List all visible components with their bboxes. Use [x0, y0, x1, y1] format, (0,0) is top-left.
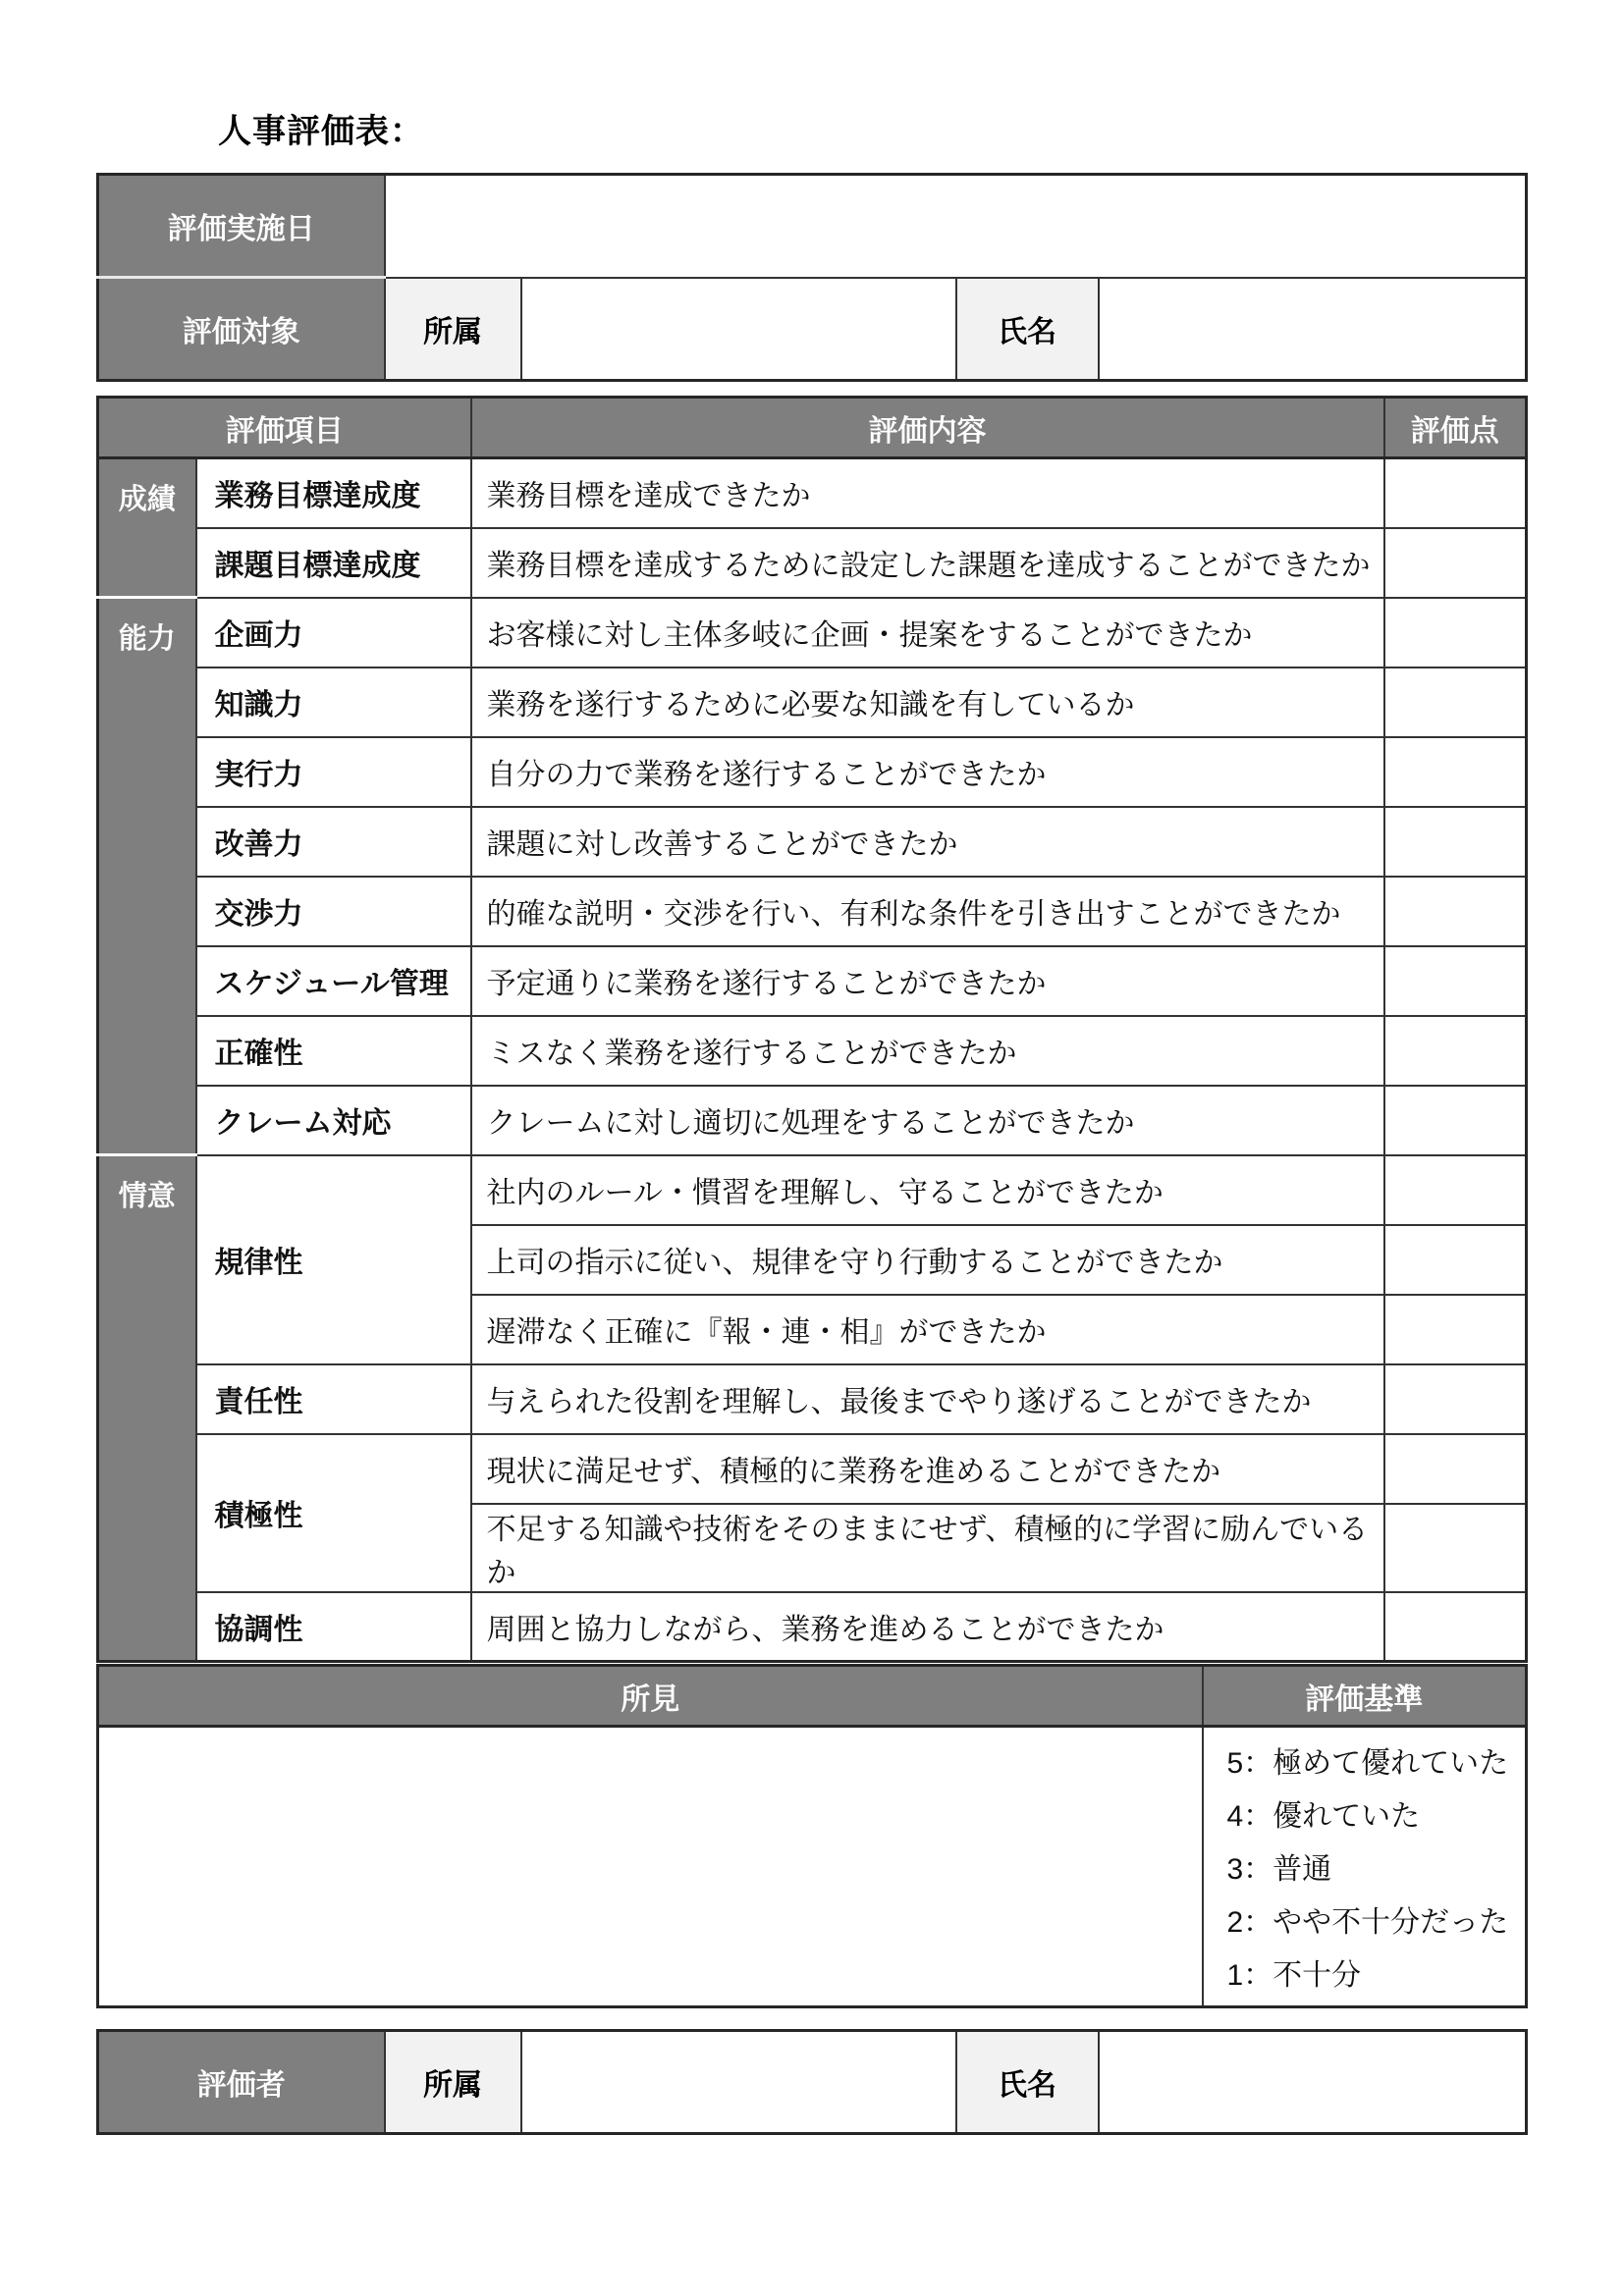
content-cell: 業務目標を達成するために設定した課題を達成することができたか [471, 528, 1384, 598]
item-cell: 規律性 [196, 1155, 471, 1364]
evaluation-table: 評価項目 評価内容 評価点 成績 業務目標達成度 業務目標を達成できたか 課題目… [96, 396, 1528, 1663]
target-dept-label-cell: 所属 [385, 278, 521, 381]
content-cell: クレームに対し適切に処理をすることができたか [471, 1086, 1384, 1155]
item-cell: 課題目標達成度 [196, 528, 471, 598]
score-cell[interactable] [1384, 737, 1527, 807]
content-cell: 上司の指示に従い、規律を守り行動することができたか [471, 1225, 1384, 1295]
category-cell-joui: 情意 [98, 1155, 196, 1662]
criteria-item: 3：普通 [1227, 1843, 1526, 1896]
content-cell: 周囲と協力しながら、業務を進めることができたか [471, 1592, 1384, 1662]
item-cell: 改善力 [196, 807, 471, 877]
criteria-item: 5：極めて優れていた [1227, 1737, 1526, 1790]
item-cell: 知識力 [196, 667, 471, 737]
score-cell[interactable] [1384, 807, 1527, 877]
target-name-value-cell[interactable] [1099, 278, 1527, 381]
remarks-table: 所見 評価基準 5：極めて優れていた 4：優れていた 3：普通 2：やや不十分だ… [96, 1664, 1528, 2008]
item-cell: 交渉力 [196, 877, 471, 946]
score-cell[interactable] [1384, 458, 1527, 528]
criteria-header: 評価基準 [1203, 1666, 1527, 1727]
score-cell[interactable] [1384, 1016, 1527, 1086]
score-cell[interactable] [1384, 1155, 1527, 1225]
content-cell: 不足する知識や技術をそのままにせず、積極的に学習に励んでいるか [471, 1504, 1384, 1592]
criteria-item: 2：やや不十分だった [1227, 1896, 1526, 1949]
item-cell: クレーム対応 [196, 1086, 471, 1155]
score-cell[interactable] [1384, 1225, 1527, 1295]
item-cell: 協調性 [196, 1592, 471, 1662]
score-cell[interactable] [1384, 528, 1527, 598]
header-score: 評価点 [1384, 398, 1527, 458]
criteria-list-cell: 5：極めて優れていた 4：優れていた 3：普通 2：やや不十分だった 1：不十分 [1203, 1727, 1527, 2007]
header-item: 評価項目 [98, 398, 471, 458]
score-cell[interactable] [1384, 1592, 1527, 1662]
page: 人事評価表： 評価実施日 評価対象 所属 氏名 評価項目 評価内容 評価点 [0, 0, 1624, 2296]
remarks-input-cell[interactable] [98, 1727, 1203, 2007]
item-cell: 正確性 [196, 1016, 471, 1086]
item-cell: 業務目標達成度 [196, 458, 471, 528]
remarks-header: 所見 [98, 1666, 1203, 1727]
content-cell: ミスなく業務を遂行することができたか [471, 1016, 1384, 1086]
category-cell-nouryoku: 能力 [98, 598, 196, 1155]
target-name-label-cell: 氏名 [956, 278, 1099, 381]
content-cell: 現状に満足せず、積極的に業務を進めることができたか [471, 1434, 1384, 1504]
info-table: 評価実施日 評価対象 所属 氏名 [96, 173, 1528, 382]
criteria-item: 4：優れていた [1227, 1790, 1526, 1843]
score-cell[interactable] [1384, 1504, 1527, 1592]
evaluator-name-value-cell[interactable] [1099, 2031, 1527, 2134]
criteria-list: 5：極めて優れていた 4：優れていた 3：普通 2：やや不十分だった 1：不十分 [1204, 1728, 1526, 2002]
eval-target-label-cell: 評価対象 [98, 278, 385, 381]
item-cell: 実行力 [196, 737, 471, 807]
content-cell: 遅滞なく正確に『報・連・相』ができたか [471, 1295, 1384, 1364]
criteria-item: 1：不十分 [1227, 1949, 1526, 2002]
category-cell-seiseki: 成績 [98, 458, 196, 598]
score-cell[interactable] [1384, 1364, 1527, 1434]
item-cell: 責任性 [196, 1364, 471, 1434]
score-cell[interactable] [1384, 877, 1527, 946]
target-dept-value-cell[interactable] [521, 278, 956, 381]
evaluator-table: 評価者 所属 氏名 [96, 2029, 1528, 2135]
score-cell[interactable] [1384, 946, 1527, 1016]
item-cell: 企画力 [196, 598, 471, 667]
content-cell: お客様に対し主体多岐に企画・提案をすることができたか [471, 598, 1384, 667]
content-cell: 社内のルール・慣習を理解し、守ることができたか [471, 1155, 1384, 1225]
content-cell: 与えられた役割を理解し、最後までやり遂げることができたか [471, 1364, 1384, 1434]
header-content: 評価内容 [471, 398, 1384, 458]
content-cell: 業務目標を達成できたか [471, 458, 1384, 528]
item-cell: スケジュール管理 [196, 946, 471, 1016]
item-cell: 積極性 [196, 1434, 471, 1592]
evaluator-dept-value-cell[interactable] [521, 2031, 956, 2134]
score-cell[interactable] [1384, 667, 1527, 737]
evaluator-dept-label-cell: 所属 [385, 2031, 521, 2134]
form-title: 人事評価表： [218, 104, 424, 152]
content-cell: 自分の力で業務を遂行することができたか [471, 737, 1384, 807]
content-cell: 課題に対し改善することができたか [471, 807, 1384, 877]
eval-date-value-cell[interactable] [385, 175, 1527, 278]
eval-date-label-cell: 評価実施日 [98, 175, 385, 278]
evaluator-label-cell: 評価者 [98, 2031, 385, 2134]
evaluator-name-label-cell: 氏名 [956, 2031, 1099, 2134]
content-cell: 予定通りに業務を遂行することができたか [471, 946, 1384, 1016]
score-cell[interactable] [1384, 1434, 1527, 1504]
score-cell[interactable] [1384, 598, 1527, 667]
score-cell[interactable] [1384, 1086, 1527, 1155]
content-cell: 的確な説明・交渉を行い、有利な条件を引き出すことができたか [471, 877, 1384, 946]
score-cell[interactable] [1384, 1295, 1527, 1364]
content-cell: 業務を遂行するために必要な知識を有しているか [471, 667, 1384, 737]
